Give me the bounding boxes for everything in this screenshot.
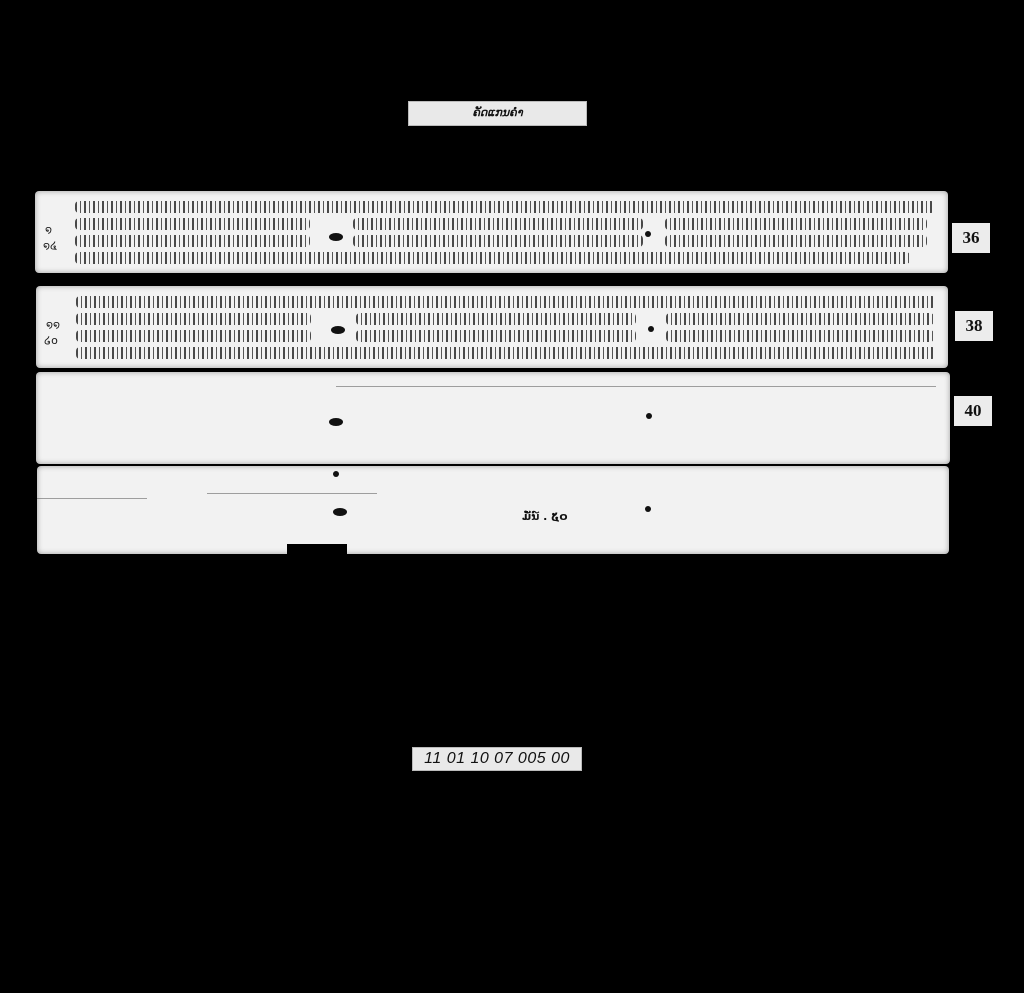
script-line — [666, 330, 934, 342]
scratch-mark — [336, 386, 936, 387]
scratch-mark — [207, 493, 377, 494]
string-hole — [646, 413, 652, 419]
manuscript-leaf-38: ໑໑ ໒໐ — [36, 286, 948, 368]
margin-mark: ໑ — [45, 223, 52, 236]
script-line — [75, 235, 310, 247]
manuscript-leaf-blank: ມັ່ນ໌ . ໕໐ — [37, 466, 949, 554]
script-line — [666, 313, 934, 325]
script-line — [353, 235, 643, 247]
manuscript-leaf-40 — [36, 372, 950, 464]
leaf-number-badge: 36 — [952, 223, 990, 253]
script-line — [356, 313, 636, 325]
string-hole — [329, 233, 343, 241]
torn-edge — [287, 544, 347, 554]
script-line — [75, 201, 935, 213]
leaf-note: ມັ່ນ໌ . ໕໐ — [522, 510, 568, 523]
margin-mark: ໑໑ — [46, 318, 60, 331]
string-hole — [645, 231, 651, 237]
string-hole — [648, 326, 654, 332]
string-hole — [645, 506, 651, 512]
margin-mark: ໑໔ — [43, 239, 57, 252]
manuscript-leaf-36: ໑ ໑໔ — [35, 191, 948, 273]
script-line — [665, 218, 927, 230]
leaf-number-badge: 38 — [955, 311, 993, 341]
script-line — [75, 252, 910, 264]
scratch-mark — [37, 498, 147, 499]
script-line — [76, 296, 936, 308]
script-line — [353, 218, 643, 230]
leaf-number-badge: 40 — [954, 396, 992, 426]
string-hole — [331, 326, 345, 334]
script-line — [665, 235, 927, 247]
script-line — [356, 330, 636, 342]
script-line — [76, 347, 936, 359]
header-label: ຄັດແກນຄຳ — [408, 101, 587, 126]
script-line — [76, 313, 311, 325]
margin-mark: ໒໐ — [44, 334, 58, 347]
catalog-id-label: 11 01 10 07 005 00 — [412, 747, 582, 771]
string-hole — [329, 418, 343, 426]
string-hole — [333, 471, 339, 477]
script-line — [75, 218, 310, 230]
string-hole — [333, 508, 347, 516]
script-line — [76, 330, 311, 342]
